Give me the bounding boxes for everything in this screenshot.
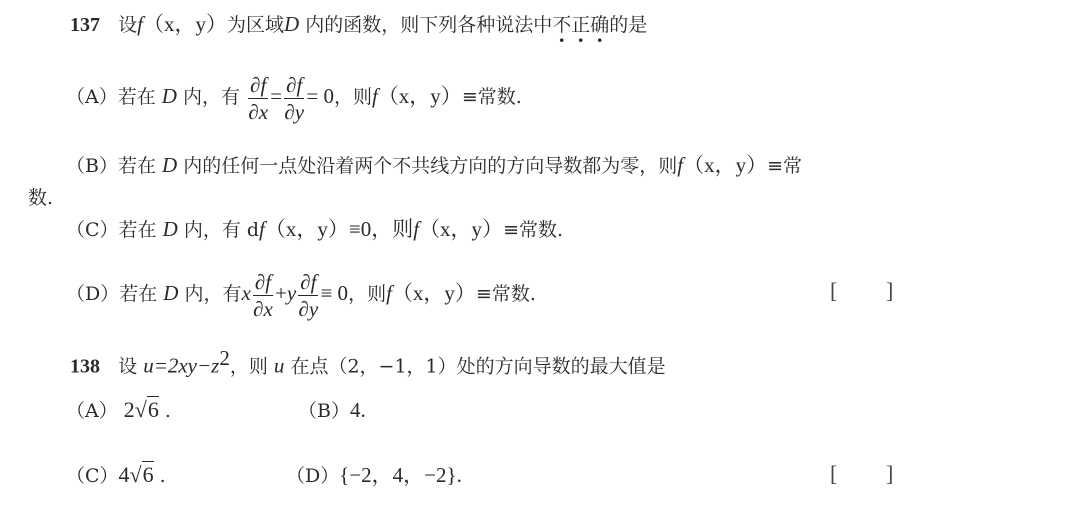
question-number: 137 [70, 14, 100, 36]
answer-bracket-open: [ [830, 461, 837, 487]
sqrt-expression: 4√6 [119, 461, 154, 487]
q137-option-d: （D）若在 D 内，有x∂f∂x+y∂f∂y≡ 0，则f（x，y）≡常数. [66, 263, 536, 324]
q138-option-a: （A） 2√6 . [66, 398, 171, 423]
q137-stem: 137 设f（x，y）为区域D 内的函数，则下列各种说法中不正确的是 [70, 12, 647, 37]
q137-option-b-wrap: 数. [28, 186, 53, 210]
q138-option-c: （C）4√6 . [66, 463, 166, 488]
partial-fraction: ∂f∂x [253, 269, 273, 322]
question-number: 138 [70, 355, 100, 377]
option-label: （A） [66, 86, 118, 108]
option-label: （D） [66, 283, 119, 305]
emphasis-char: 正 [571, 14, 590, 36]
partial-fraction: ∂f∂y [298, 269, 318, 322]
q137-option-a: （A）若在 D 内，有 ∂f∂x=∂f∂y= 0，则f（x，y）≡常数. [66, 66, 522, 127]
q137-option-c: （C）若在 D 内，有 df（x，y）≡0，则f（x，y）≡常数. [66, 217, 563, 242]
q138-stem: 138 设 u=2xy−z2，则 u 在点（2，−1，1）处的方向导数的最大值是 [70, 346, 666, 378]
option-label: （C） [66, 219, 119, 241]
option-label: （B） [298, 400, 350, 422]
partial-fraction: ∂f∂y [284, 72, 304, 125]
emphasis-char: 确 [590, 14, 609, 36]
option-label: （D） [286, 465, 339, 487]
answer-bracket-close: ] [886, 461, 893, 487]
answer-bracket-close: ] [886, 278, 893, 304]
option-label: （B） [66, 155, 118, 177]
partial-fraction: ∂f∂x [248, 72, 268, 125]
q138-option-b: （B）4. [298, 398, 366, 423]
option-label: （A） [66, 400, 118, 422]
answer-bracket-open: [ [830, 278, 837, 304]
q137-option-b: （B）若在 D 内的任何一点处沿着两个不共线方向的方向导数都为零，则f（x，y）… [66, 153, 802, 178]
q138-option-d: （D）{−2，4，−2}. [286, 463, 462, 488]
sqrt-expression: 2√6 [124, 396, 159, 422]
option-label: （C） [66, 465, 119, 487]
emphasis-char: 不 [552, 14, 571, 36]
